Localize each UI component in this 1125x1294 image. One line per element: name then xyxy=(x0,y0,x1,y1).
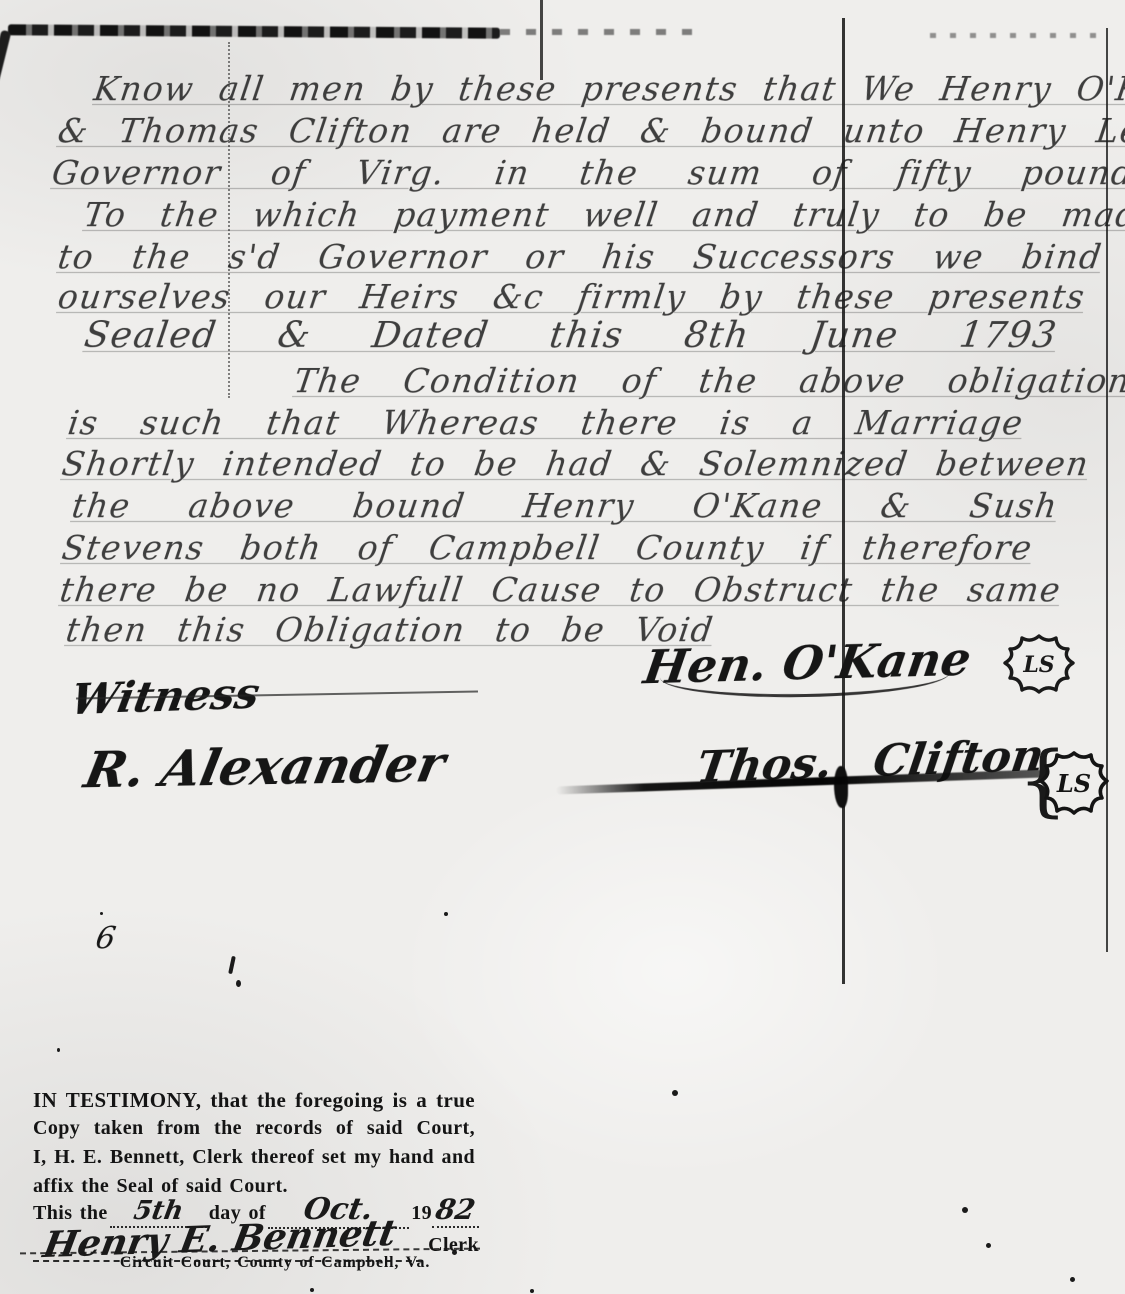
handwritten-line: Stevens both of Campbell County if there… xyxy=(60,531,1035,564)
court-line: Circuit Court, County of Campbell, Va. xyxy=(90,1254,460,1272)
scan-artifact-corner xyxy=(0,30,11,93)
handwritten-line: is such that Whereas there is a Marriage xyxy=(66,406,1026,439)
seal: LS xyxy=(1036,748,1112,822)
seal-text: LS xyxy=(1056,769,1091,798)
testimony-line: I, H. E. Bennett, Clerk thereof set my h… xyxy=(33,1146,475,1169)
handwritten-line: Governor of Virg. in the sum of fifty po… xyxy=(50,156,1125,189)
handwritten-line: the above bound Henry O'Kane & Sush xyxy=(70,489,1060,522)
ink-speck xyxy=(228,956,236,974)
ink-speck xyxy=(310,1288,314,1292)
handwritten-line: ourselves our Heirs &c firmly by these p… xyxy=(56,280,1088,313)
testimony-line: IN TESTIMONY, that the foregoing is a tr… xyxy=(33,1088,475,1113)
ink-speck xyxy=(672,1090,678,1096)
handwritten-line: there be no Lawfull Cause to Obstruct th… xyxy=(58,573,1063,606)
seal-icon: LS xyxy=(1000,632,1078,696)
handwritten-line: Sealed & Dated this 8th June 1793 xyxy=(82,318,1060,354)
ink-speck xyxy=(986,1243,991,1248)
ink-speck xyxy=(100,912,103,915)
scan-artifact-top-speckles xyxy=(930,33,1100,38)
handwritten-line: Shortly intended to be had & Solemnized … xyxy=(60,447,1092,480)
scan-artifact-top-edge xyxy=(8,24,500,38)
scanned-document-page: Know all men by these presents that We H… xyxy=(0,0,1125,1294)
margin-number: 6 xyxy=(93,924,117,954)
ink-speck xyxy=(444,912,448,916)
signature-flourish xyxy=(660,665,950,699)
seal-icon: LS xyxy=(1036,748,1112,818)
handwritten-line: to the s'd Governor or his Successors we… xyxy=(56,240,1104,273)
ink-speck xyxy=(236,980,241,987)
handwritten-line: then this Obligation to be Void xyxy=(64,613,716,646)
ink-speck xyxy=(530,1289,534,1293)
fold-line-center-top xyxy=(540,0,543,80)
handwritten-line: To the which payment well and truly to b… xyxy=(82,198,1125,231)
signature-witness: R. Alexander xyxy=(80,739,449,795)
seal: LS xyxy=(1000,632,1078,700)
ink-speck xyxy=(962,1207,968,1213)
testimony-line: Copy taken from the records of said Cour… xyxy=(33,1117,475,1140)
ink-speck xyxy=(57,1048,60,1052)
ink-speck xyxy=(1070,1277,1075,1282)
scan-artifact-top-edge-faint xyxy=(500,29,700,35)
handwritten-line: & Thomas Clifton are held & bound unto H… xyxy=(56,114,1125,147)
seal-text: LS xyxy=(1022,652,1054,678)
handwritten-line: Know all men by these presents that We H… xyxy=(92,72,1125,105)
handwritten-line: The Condition of the above obligation xyxy=(292,364,1125,397)
